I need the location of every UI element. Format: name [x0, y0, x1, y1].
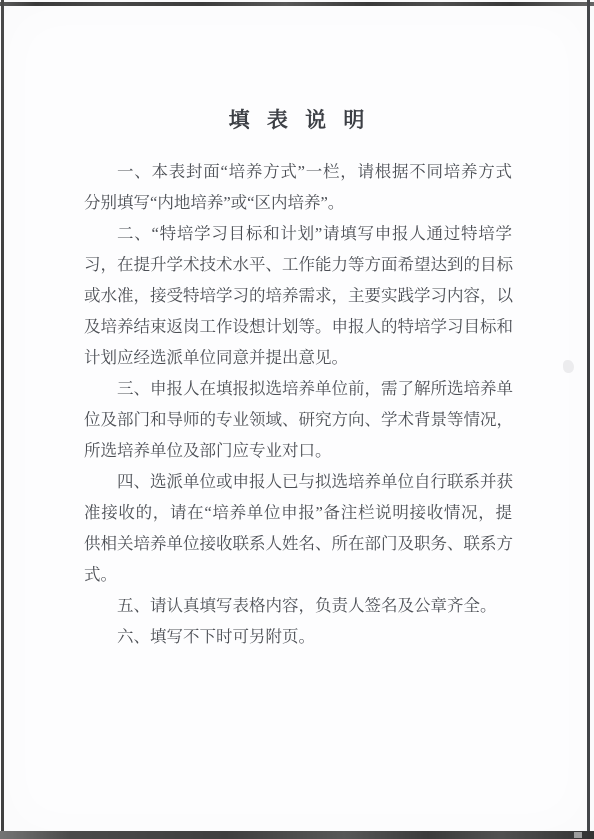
text-line: 五、请认真填写表格内容，负责人签名及公章齐全。	[84, 590, 512, 621]
text-line: 计划应经选派单位同意并提出意见。	[84, 342, 512, 373]
text-line: 习，在提升学术技术水平、工作能力等方面希望达到的目标	[84, 249, 512, 280]
document-content: 填 表 说 明 一、本表封面“培养方式”一栏，请根据不同培养方式 分别填写“内地…	[84, 104, 512, 652]
scanned-page: 填 表 说 明 一、本表封面“培养方式”一栏，请根据不同培养方式 分别填写“内地…	[0, 0, 594, 839]
text-line: 式。	[84, 559, 512, 590]
scan-edge-left	[1, 0, 4, 839]
text-line: 及培养结束返岗工作设想计划等。申报人的特培学习目标和	[84, 311, 512, 342]
text-line: 供相关培养单位接收联系人姓名、所在部门及职务、联系方	[84, 528, 512, 559]
text-line: 三、申报人在填报拟选培养单位前，需了解所选培养单	[84, 373, 512, 404]
document-title: 填 表 说 明	[84, 104, 512, 136]
text-line: 所选培养单位及部门应专业对口。	[84, 435, 512, 466]
text-line: 二、“特培学习目标和计划”请填写申报人通过特培学	[84, 218, 512, 249]
scan-edge-top	[0, 2, 594, 6]
text-line: 六、填写不下时可另附页。	[84, 621, 512, 652]
text-line: 四、选派单位或申报人已与拟选培养单位自行联系并获	[84, 466, 512, 497]
text-line: 一、本表封面“培养方式”一栏，请根据不同培养方式	[84, 156, 512, 187]
document-body: 一、本表封面“培养方式”一栏，请根据不同培养方式 分别填写“内地培养”或“区内培…	[84, 156, 512, 652]
scan-edge-notch	[574, 832, 582, 838]
text-line: 准接收的，请在“培养单位申报”备注栏说明接收情况，提	[84, 497, 512, 528]
scan-edge-bottom	[0, 831, 594, 839]
scan-edge-right	[587, 0, 590, 839]
text-line: 或水准，接受特培学习的培养需求，主要实践学习内容，以	[84, 280, 512, 311]
text-line: 位及部门和导师的专业领域、研究方向、学术背景等情况，	[84, 404, 512, 435]
scan-smudge	[563, 360, 574, 373]
text-line: 分别填写“内地培养”或“区内培养”。	[84, 187, 512, 218]
